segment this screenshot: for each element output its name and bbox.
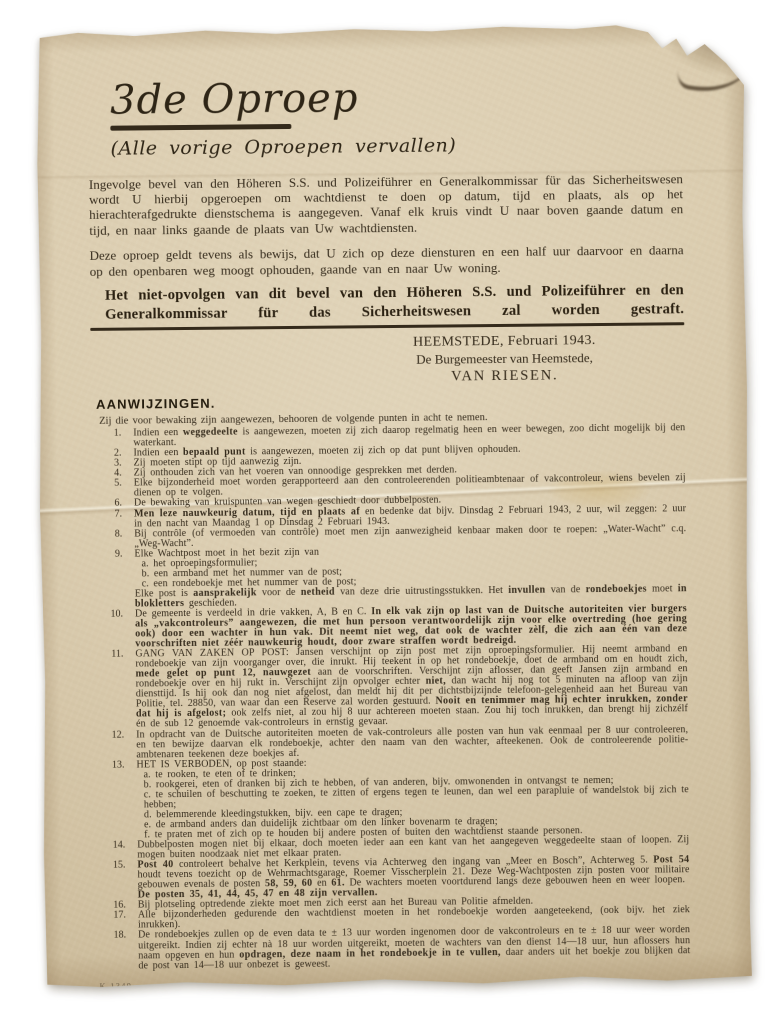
item-number [93,559,135,569]
penalty-notice: Het niet-opvolgen van dit bevel van den … [90,281,684,324]
item-number: 13. [94,760,136,770]
scan-background: 3de Oproep (Alle vorige Oproepen vervall… [0,0,768,1024]
document-page: 3de Oproep (Alle vorige Oproepen vervall… [35,23,752,990]
item-number: 5. [92,479,134,499]
text-segment: moet [647,583,678,594]
item-number: 15. [95,861,137,892]
item-number: 3. [92,459,134,469]
print-mark: K 1349 [100,976,691,991]
corner-fold [675,48,752,98]
item-number: 8. [92,529,134,549]
text-segment: invullen [508,584,545,595]
item-number [95,770,137,780]
item-number: 14. [95,841,137,861]
item-number: 1. [91,429,133,449]
item-number: 12. [94,730,136,761]
signoff-name: VAN RIESEN. [355,367,655,387]
item-number: 9. [92,549,134,559]
item-number: 2. [91,449,133,459]
document-content: 3de Oproep (Alle vorige Oproepen vervall… [88,61,691,990]
item-number: 11. [93,650,136,731]
text-segment: weggedeelte [183,427,238,439]
item-number: 18. [96,931,138,972]
item-text: De gemeente is verdeeld in drie vakken, … [135,604,687,649]
item-number [95,780,137,790]
list-item: 10. De gemeente is verdeeld in drie vakk… [93,604,687,650]
item-number: 10. [93,609,135,650]
intro-paragraph: Deze oproep geldt tevens als bewijs, dat… [90,242,684,279]
intro-paragraph: Ingevolge bevel van den Höheren S.S. und… [89,171,684,238]
signoff-block: HEEMSTEDE, Februari 1943. De Burgemeeste… [354,333,654,387]
item-number: 6. [92,499,134,509]
text-segment: In opdracht van de Duitsche autoriteiten… [136,724,688,760]
text-segment: van de [545,584,585,595]
text-segment: rondeboekjes [586,583,647,595]
notice-rule [90,322,684,331]
item-number [93,569,135,579]
item-number [93,579,135,589]
document-subtitle: (Alle vorige Oproepen vervallen) [110,132,682,159]
text-segment: van deze drie uitrustingsstukken. Het [335,585,508,598]
item-number: 7. [92,509,134,529]
instructions-heading: AANWIJZINGEN. [96,391,685,412]
item-number [95,790,137,810]
instructions-list: 1. Indien een weggedeelte is aangewezen,… [91,423,690,971]
text-segment: netheid [301,586,335,597]
item-number [95,810,137,820]
signoff-role: De Burgemeester van Heemstede, [355,350,655,369]
title-underline [110,124,291,130]
item-text: De rondeboekjes zullen op de even data t… [138,926,690,971]
item-number: 17. [96,911,138,931]
list-item: 11. GANG VAN ZAKEN OP POST: Jansen versc… [93,644,688,730]
list-item: 18. De rondeboekjes zullen op de even da… [96,926,690,972]
item-number [93,589,135,609]
paper-sheet: 3de Oproep (Alle vorige Oproepen vervall… [35,23,752,990]
item-number [95,820,137,830]
document-title: 3de Oproep [110,73,682,122]
signoff-place-date: HEEMSTEDE, Februari 1943. [354,333,654,352]
item-number: 4. [92,469,134,479]
item-text: GANG VAN ZAKEN OP POST: Jansen verschijn… [135,644,688,730]
text-segment: voor de [257,587,301,598]
